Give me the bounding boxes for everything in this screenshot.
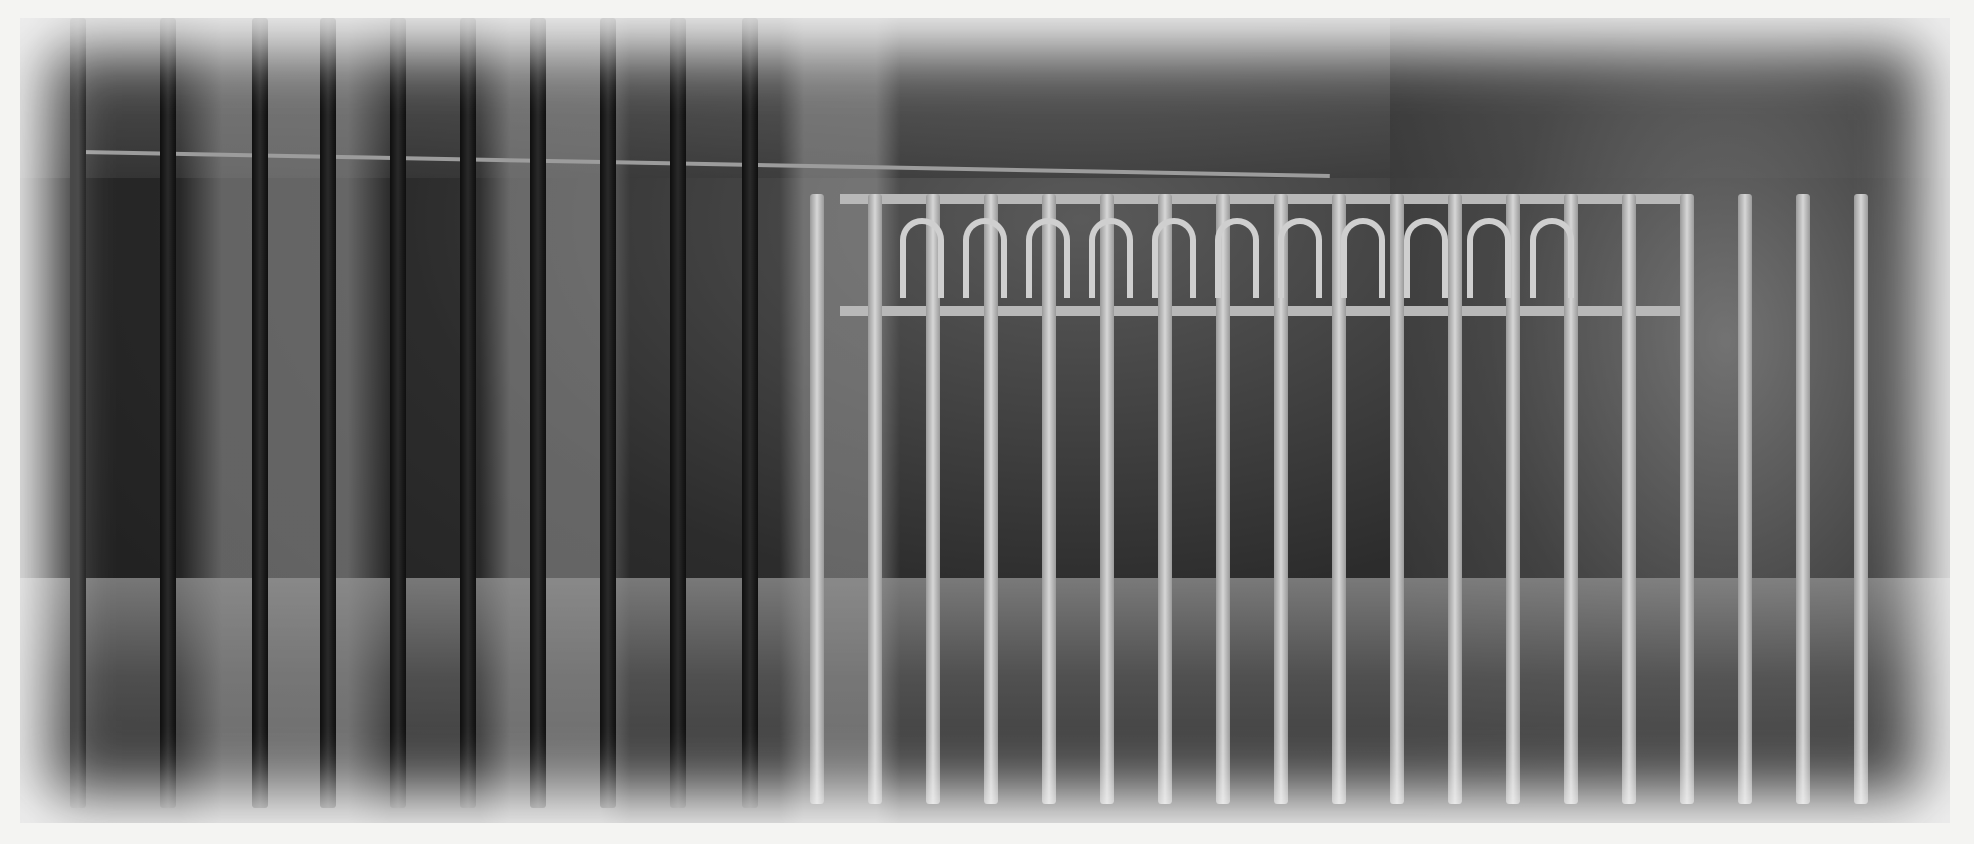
fence-arch (1278, 218, 1322, 298)
fence-arch (1467, 218, 1511, 298)
fence-bar (460, 18, 476, 808)
fence-arch (1026, 218, 1070, 298)
fence-bar (1680, 194, 1694, 804)
fence-bar (600, 18, 616, 808)
fence-bar (1738, 194, 1752, 804)
fence-arch (1341, 218, 1385, 298)
upper-rail (840, 194, 1690, 204)
photograph (20, 18, 1950, 823)
fence-bar (810, 194, 824, 804)
fence-bar (1622, 194, 1636, 804)
fence-bar (670, 18, 686, 808)
fence-bar (390, 18, 406, 808)
fence-arch (1089, 218, 1133, 298)
fence-arch (963, 218, 1007, 298)
fence-bar (1448, 194, 1462, 804)
fence-arch (1530, 218, 1574, 298)
fence-bar (1854, 194, 1868, 804)
fence-bar (530, 18, 546, 808)
fence-bar (1796, 194, 1810, 804)
fence-bar (868, 194, 882, 804)
fence-arch (1215, 218, 1259, 298)
blur-haze (180, 18, 390, 823)
fence-bar (320, 18, 336, 808)
fence-arch (1404, 218, 1448, 298)
fence-bar (742, 18, 758, 808)
fence-bar (1390, 194, 1404, 804)
fence-bar (70, 18, 86, 808)
fence-arch (900, 218, 944, 298)
fence-bar (160, 18, 176, 808)
fence-bar (252, 18, 268, 808)
blur-haze (780, 18, 900, 823)
lower-rail (840, 306, 1690, 316)
fence-arch (1152, 218, 1196, 298)
